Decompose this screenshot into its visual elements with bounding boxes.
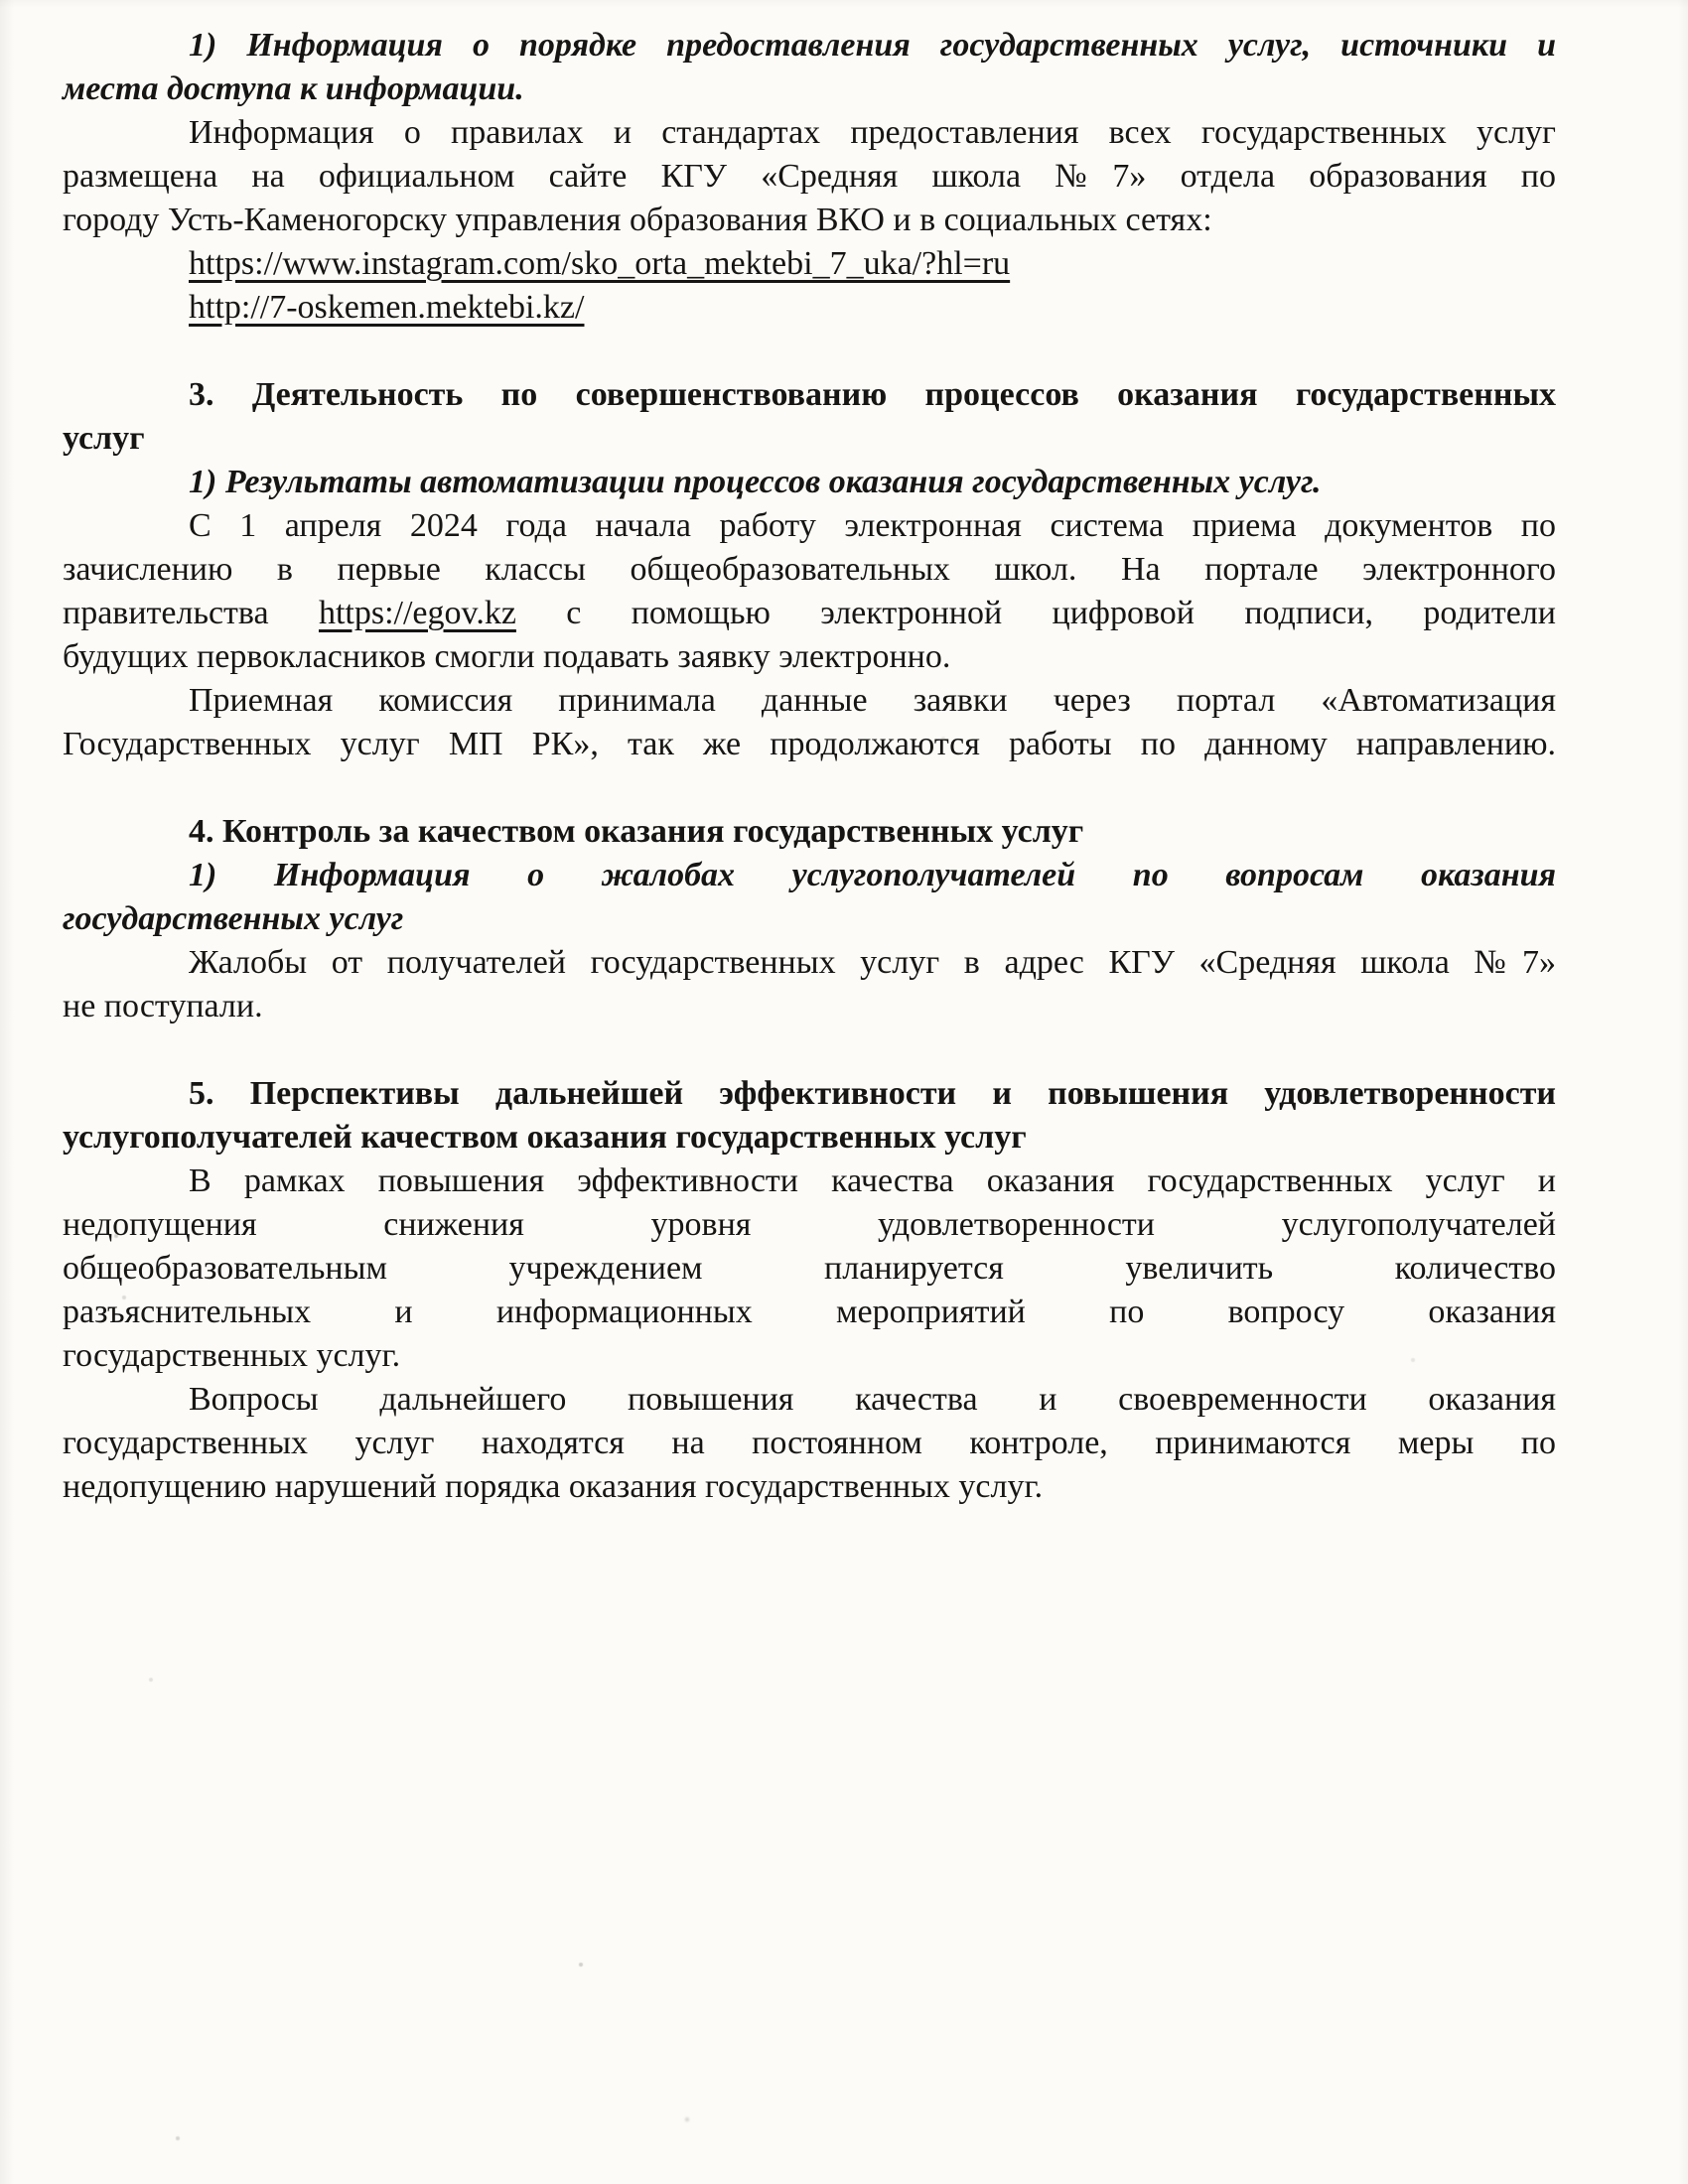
section5-paragraph1-line: общеобразовательным учреждением планируе… bbox=[63, 1247, 1556, 1291]
section5-paragraph2-line: недопущению нарушений порядка оказания г… bbox=[63, 1465, 1556, 1509]
intro-heading-line: 1) Информация о порядке предоставления г… bbox=[63, 24, 1556, 68]
section3-paragraph1-line: С 1 апреля 2024 года начала работу элект… bbox=[63, 504, 1556, 548]
blank-line bbox=[63, 766, 1556, 810]
section3-heading-line: услуг bbox=[63, 417, 1556, 461]
intro-heading-line: места доступа к информации. bbox=[63, 68, 1556, 111]
section3-paragraph1-line: будущих первокласников смогли подавать з… bbox=[63, 635, 1556, 679]
school-site-link: http://7-oskemen.mektebi.kz/ bbox=[189, 289, 584, 326]
intro-paragraph-line: Информация о правилах и стандартах предо… bbox=[63, 111, 1556, 155]
section3-paragraph2-line: Приемная комиссия принимала данные заявк… bbox=[63, 679, 1556, 723]
section5-heading-line: 5. Перспективы дальнейшей эффективности … bbox=[63, 1072, 1556, 1116]
scan-noise bbox=[0, 0, 4, 4]
section5-paragraph2-line: Вопросы дальнейшего повышения качества и… bbox=[63, 1378, 1556, 1422]
section3-paragraph1-line: правительства https://egov.kz с помощью … bbox=[63, 592, 1556, 635]
paragraph-text: правительства bbox=[63, 595, 319, 631]
section5-paragraph1-line: недопущения снижения уровня удовлетворен… bbox=[63, 1203, 1556, 1247]
section5-paragraph1-line: разъяснительных и информационных меропри… bbox=[63, 1291, 1556, 1334]
document-text: 1) Информация о порядке предоставления г… bbox=[63, 24, 1556, 1509]
section4-subheading-line: 1) Информация о жалобах услугополучателе… bbox=[63, 854, 1556, 897]
section4-paragraph-line: Жалобы от получателей государственных ус… bbox=[63, 941, 1556, 985]
section4-paragraph-line: не поступали. bbox=[63, 985, 1556, 1028]
section4-subheading-line: государственных услуг bbox=[63, 897, 1556, 941]
section3-paragraph1-line: зачислению в первые классы общеобразоват… bbox=[63, 548, 1556, 592]
blank-line bbox=[63, 330, 1556, 373]
section3-heading-line: 3. Деятельность по совершенствованию про… bbox=[63, 373, 1556, 417]
scanned-document-page: 1) Информация о порядке предоставления г… bbox=[0, 0, 1688, 2184]
blank-line bbox=[63, 1028, 1556, 1072]
section5-paragraph1-line: государственных услуг. bbox=[63, 1334, 1556, 1378]
link-line: http://7-oskemen.mektebi.kz/ bbox=[63, 286, 1556, 330]
section3-subheading: 1) Результаты автоматизации процессов ок… bbox=[63, 461, 1556, 504]
section5-heading-line: услугополучателей качеством оказания гос… bbox=[63, 1116, 1556, 1160]
section3-paragraph2-line: Государственных услуг МП РК», так же про… bbox=[63, 723, 1556, 766]
intro-paragraph-line: размещена на официальном сайте КГУ «Сред… bbox=[63, 155, 1556, 199]
link-line: https://www.instagram.com/sko_orta_mekte… bbox=[63, 242, 1556, 286]
intro-paragraph-line: городу Усть-Каменогорску управления обра… bbox=[63, 199, 1556, 242]
section5-paragraph1-line: В рамках повышения эффективности качеств… bbox=[63, 1160, 1556, 1203]
section4-heading: 4. Контроль за качеством оказания госуда… bbox=[63, 810, 1556, 854]
paragraph-text: с помощью электронной цифровой подписи, … bbox=[516, 595, 1556, 631]
egov-link: https://egov.kz bbox=[319, 595, 516, 631]
section5-paragraph2-line: государственных услуг находятся на посто… bbox=[63, 1422, 1556, 1465]
instagram-link: https://www.instagram.com/sko_orta_mekte… bbox=[189, 245, 1010, 282]
